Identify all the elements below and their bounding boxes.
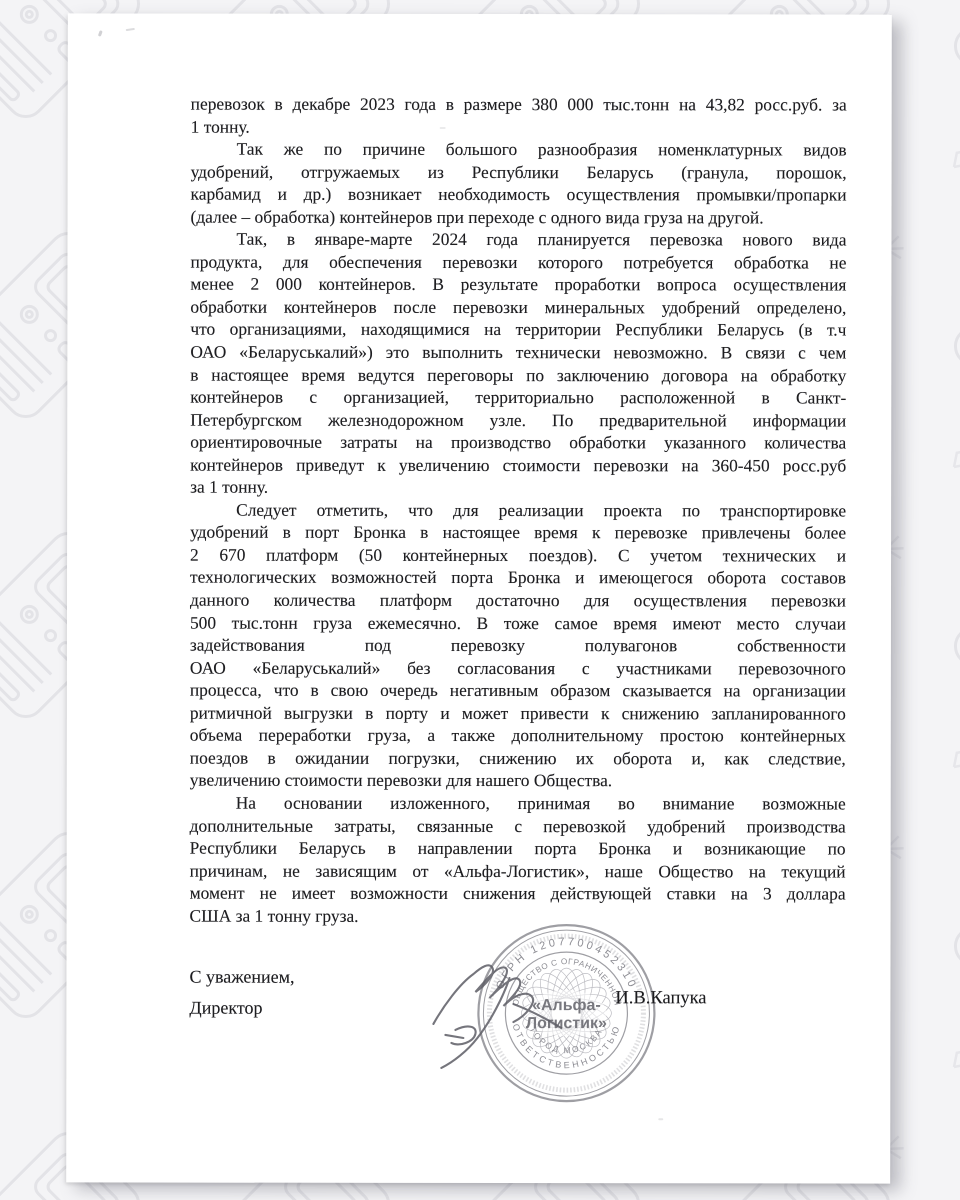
signer-name: И.В.Капука <box>615 988 706 1009</box>
scan-artifact <box>98 30 103 37</box>
letter-line: менее 2 000 контейнеров. В результате пр… <box>190 273 846 296</box>
letter-line: технологических возможностей порта Бронк… <box>190 566 846 589</box>
letter-line: продукта, для обеспечения перевозки кото… <box>190 250 846 273</box>
letter-line: 1 тонну. <box>191 115 847 138</box>
letter-line: Петербургском железнодорожном узле. По п… <box>190 408 846 431</box>
letter-line: Так же по причине большого разнообразия … <box>191 138 847 161</box>
signer-title: Директор <box>189 992 294 1023</box>
letter-line: Так, в январе-марте 2024 года планируетс… <box>190 228 846 251</box>
letter-line: обработки контейнеров после перевозки ми… <box>190 296 846 319</box>
letter-line: дополнительные затраты, связанные с пере… <box>190 814 846 837</box>
scan-artifact <box>126 28 135 31</box>
letter-line: контейнеров с организацией, территориаль… <box>190 386 846 409</box>
letter-line: карбамид и др.) возникает необходимость … <box>191 183 847 206</box>
document-page: перевозок в декабре 2023 года в размере … <box>66 13 892 1183</box>
scan-artifact <box>658 1118 663 1120</box>
letter-line: процесса, что в свою очередь негативным … <box>190 679 846 702</box>
letter-line: ОАО «Беларуськалий») это выполнить техни… <box>190 341 846 364</box>
letter-line: ОАО «Беларуськалий» без согласования с у… <box>190 656 846 679</box>
letter-line: за 1 тонну. <box>190 476 846 499</box>
letter-line: На основании изложенного, принимая во вн… <box>190 792 846 815</box>
signature-scribble <box>411 934 571 1084</box>
letter-paragraph: На основании изложенного, принимая во вн… <box>190 792 846 928</box>
letter-line: что организациями, находящимися на терри… <box>190 318 846 341</box>
letter-paragraph: перевозок в декабре 2023 года в размере … <box>191 93 847 139</box>
letter-line: ритмичной выгрузки в порту и может приве… <box>190 701 846 724</box>
letter-paragraph: Так, в январе-марте 2024 года планируетс… <box>190 228 846 499</box>
letter-line: момент не имеет возможности снижения дей… <box>190 882 846 905</box>
letter-line: контейнеров приведут к увеличению стоимо… <box>190 453 846 476</box>
letter-line: поездов в ожидании погрузки, снижению их… <box>190 746 846 769</box>
letter-line: задействования под перевозку полувагонов… <box>190 634 846 657</box>
letter-paragraph: Следует отметить, что для реализации про… <box>190 498 846 792</box>
letter-line: (далее – обработка) контейнеров при пере… <box>191 205 847 228</box>
letter-line: в настоящее время ведутся переговоры по … <box>190 363 846 386</box>
closing-salutation: С уважением, <box>189 962 294 993</box>
letter-line: 2 670 платформ (50 контейнерных поездов)… <box>190 544 846 567</box>
letter-paragraph: Так же по причине большого разнообразия … <box>191 138 847 229</box>
letter-line: перевозок в декабре 2023 года в размере … <box>191 93 847 116</box>
closing-block: С уважением, Директор <box>189 962 294 1023</box>
letter-line: объема переработки груза, а также дополн… <box>190 724 846 747</box>
letter-line: удобрений в порт Бронка в настоящее врем… <box>190 521 846 544</box>
letter-line: ориентировочные затраты на производство … <box>190 431 846 454</box>
letter-body: перевозок в декабре 2023 года в размере … <box>190 93 847 928</box>
letter-line: увеличению стоимости перевозки для нашег… <box>190 769 846 792</box>
letter-line: 500 тыс.тонн груза ежемесячно. В тоже са… <box>190 611 846 634</box>
letter-line: данного количества платформ достаточно д… <box>190 589 846 612</box>
letter-line: удобрений, отгружаемых из Республики Бел… <box>191 160 847 183</box>
letter-line: причинам, не зависящим от «Альфа-Логисти… <box>190 859 846 882</box>
letter-line: Республики Беларусь в направлении порта … <box>190 837 846 860</box>
letter-line: Следует отметить, что для реализации про… <box>190 498 846 521</box>
